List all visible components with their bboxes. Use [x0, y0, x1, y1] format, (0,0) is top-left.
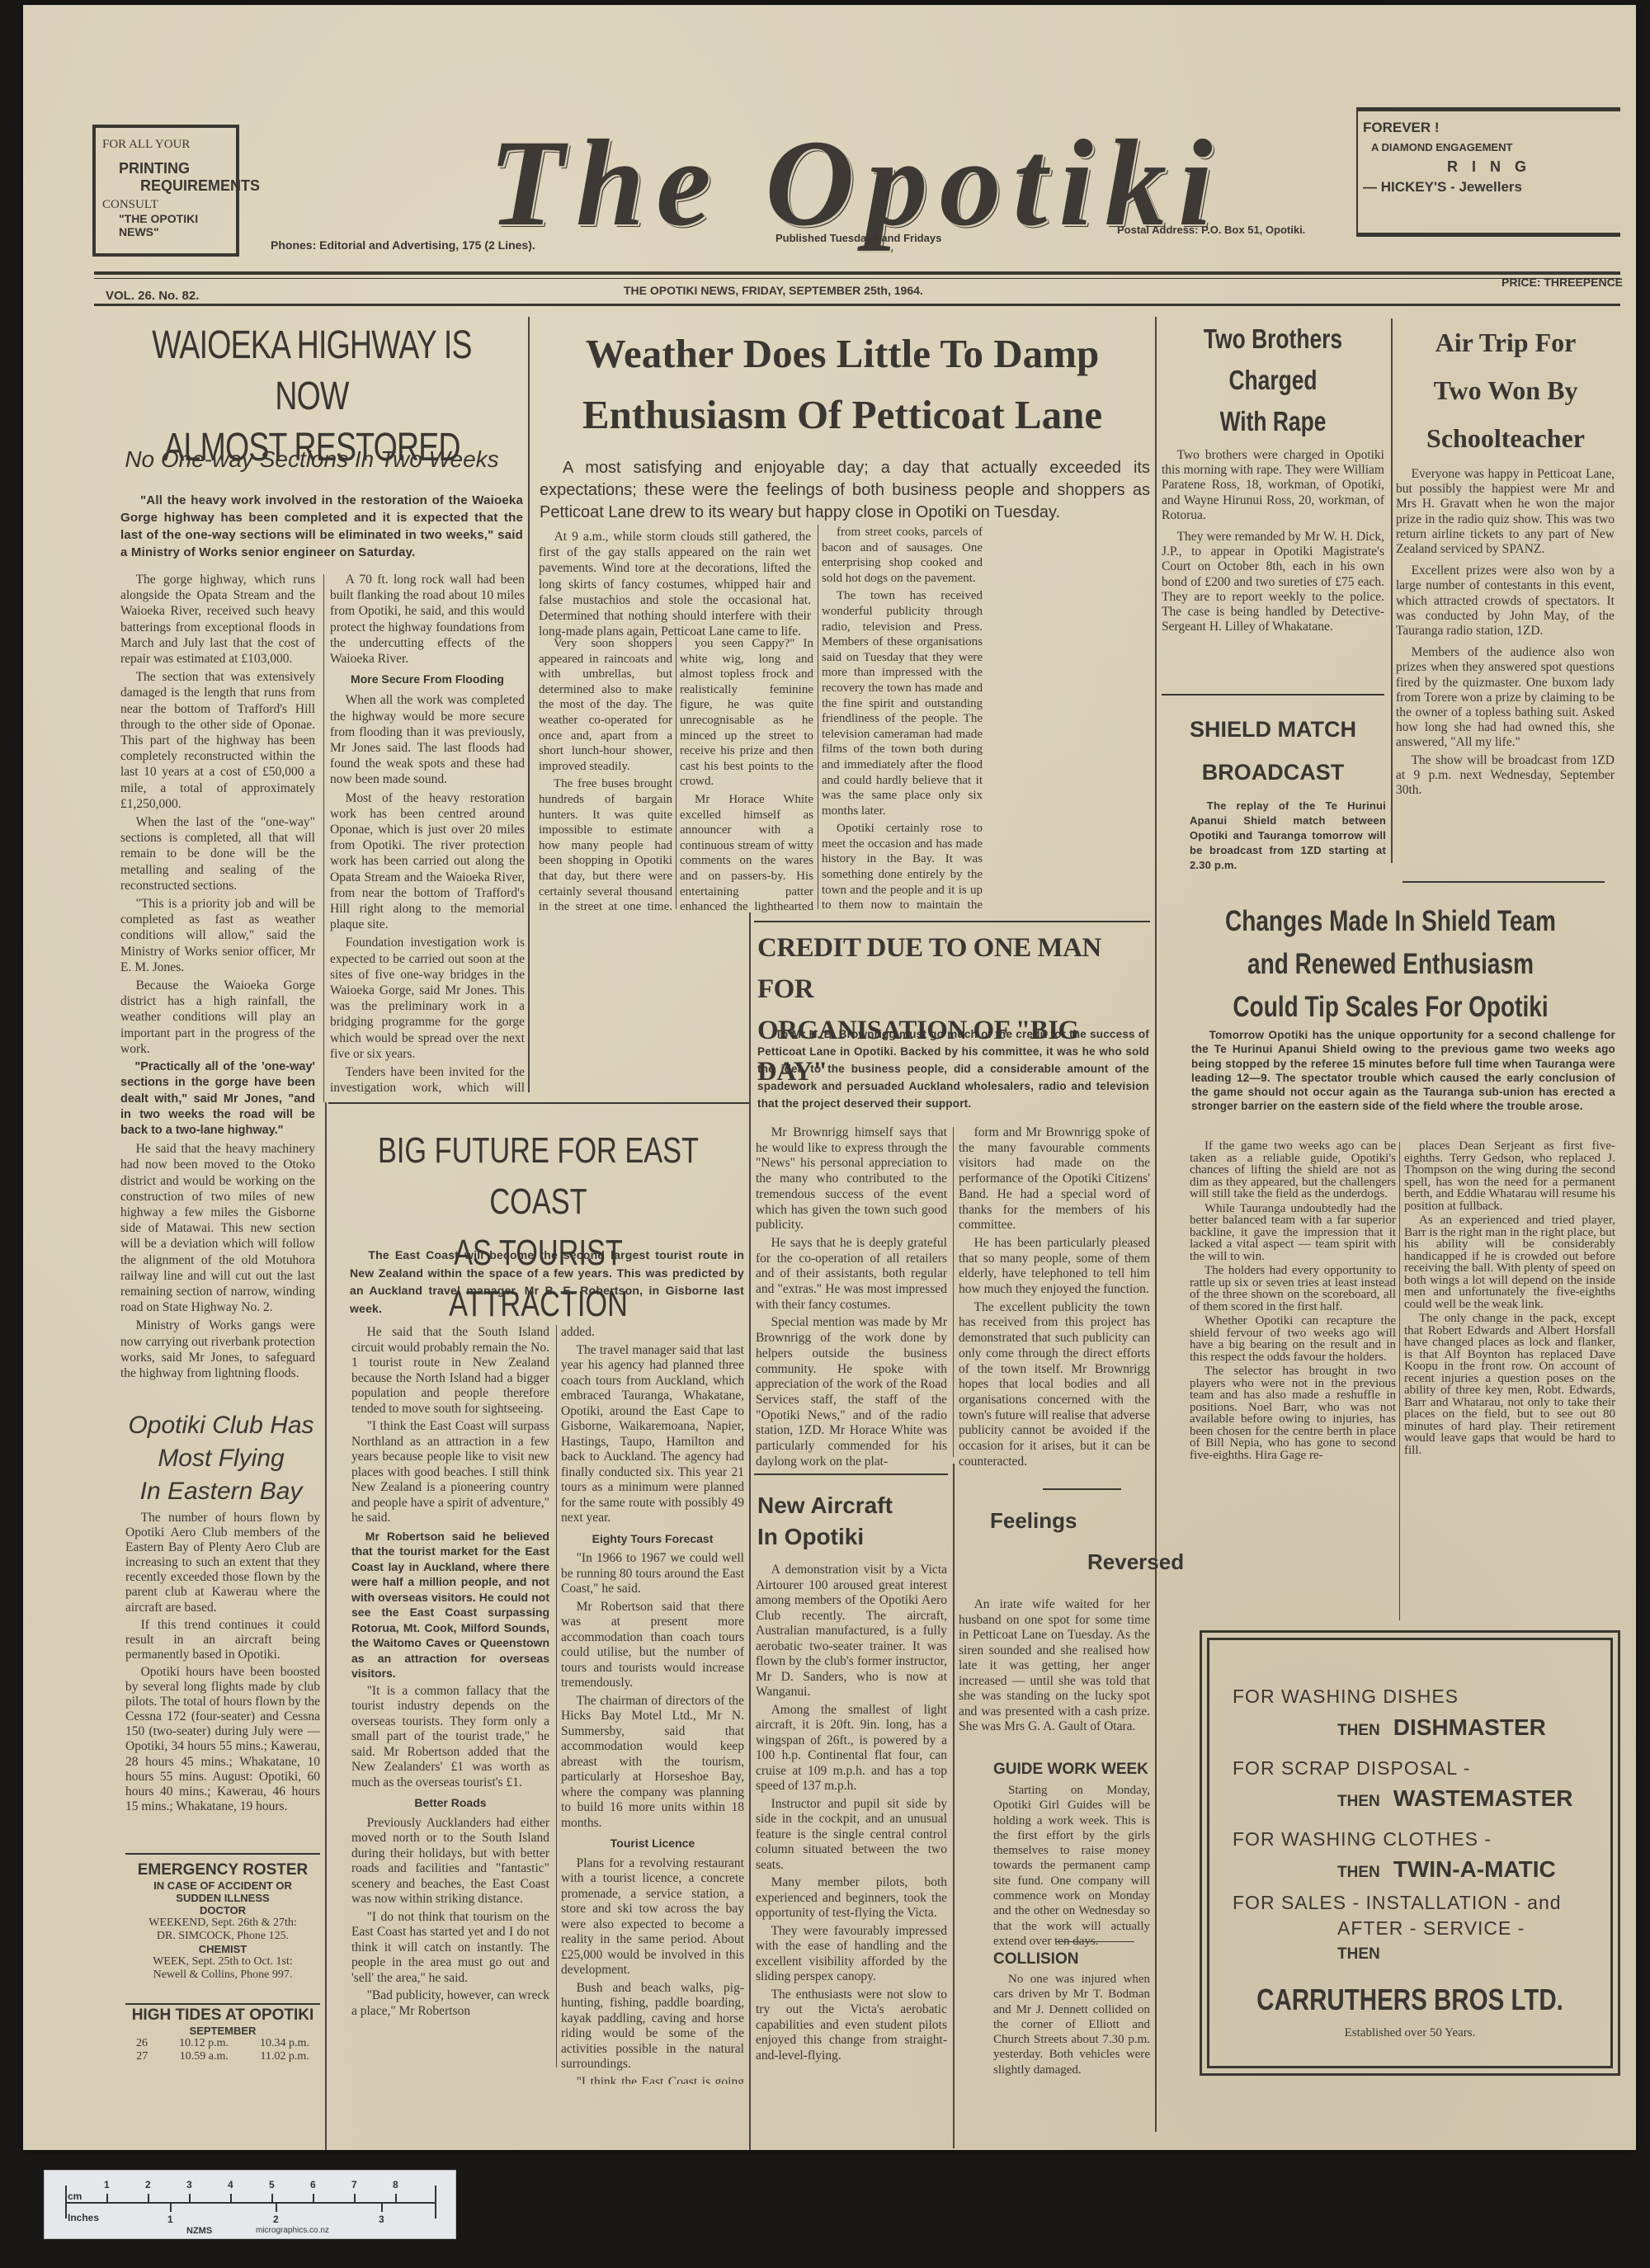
masthead-rule-top-thin	[94, 278, 1620, 279]
published-line: Published Tuesdays and Fridays	[775, 232, 941, 244]
waioeka-subhead: No One-way Sections In Two Weeks	[97, 446, 526, 473]
shield-team-lead: Tomorrow Opotiki has the unique opportun…	[1191, 1028, 1615, 1114]
waioeka-col1: The gorge highway, which runs alongside …	[120, 572, 315, 1397]
masthead-rule-bottom	[94, 304, 1620, 306]
credit-col1: Mr Brownrigg himself says that he would …	[756, 1125, 947, 1472]
ad-then-final: THEN	[1337, 1945, 1380, 1964]
waioeka-col2: A 70 ft. long rock wall had been built f…	[330, 572, 525, 1096]
ruler-baseline	[65, 2202, 435, 2204]
printing-ad-line2: PRINTING	[102, 160, 229, 177]
printing-ad-line5: "THE OPOTIKI NEWS"	[102, 212, 229, 238]
ruler-end-tick	[435, 2185, 436, 2218]
cm-tick	[189, 2194, 191, 2203]
inch-tick	[381, 2202, 383, 2212]
cm-tick	[354, 2194, 356, 2203]
tide-row: 27 10.59 a.m. 11.02 p.m.	[120, 2050, 325, 2063]
ad-line-after: AFTER - SERVICE -	[1337, 1917, 1525, 1940]
emergency-rule	[125, 1853, 320, 1855]
aircraft-body: A demonstration visit by a Victa Airtour…	[756, 1563, 947, 2107]
emergency-roster: EMERGENCY ROSTER IN CASE OF ACCIDENT OR …	[124, 1861, 322, 1982]
feelings-headline-2: Reversed	[1087, 1549, 1184, 1575]
cm-5: 5	[269, 2179, 275, 2190]
hickeys-ad-line4: — HICKEY'S - Jewellers	[1363, 179, 1615, 196]
volume-number: VOL. 26. No. 82.	[106, 289, 199, 303]
shield-broadcast-rule	[1162, 694, 1384, 695]
masthead-rule-top	[94, 271, 1620, 275]
cm-4: 4	[228, 2179, 233, 2190]
cm-7: 7	[351, 2179, 357, 2190]
inch-1: 1	[167, 2214, 173, 2225]
feelings-rule	[1043, 1488, 1121, 1490]
column-divider-left-lower	[325, 1102, 327, 2150]
petticoat-divider-1	[676, 637, 676, 909]
printing-ad-box: FOR ALL YOUR PRINTING REQUIREMENTS CONSU…	[92, 125, 239, 257]
cm-8: 8	[393, 2179, 398, 2190]
hickeys-ad-line3: R I N G	[1363, 158, 1615, 176]
ad-wastemaster: THEN WASTEMASTER	[1337, 1785, 1573, 1812]
column-divider-2	[1155, 317, 1157, 2132]
guide-headline: GUIDE WORK WEEK	[993, 1761, 1148, 1779]
aircraft-rule	[754, 1473, 948, 1475]
shield-broadcast-headline: SHIELD MATCH BROADCAST	[1162, 708, 1384, 794]
aero-club-headline: Opotiki Club Has Most Flying In Eastern …	[122, 1409, 320, 1508]
scale-ruler: cm Inches 1 2 3 4 5 6 7 8 1 2 3 NZMS mic…	[44, 2170, 456, 2239]
ruler-site: micrographics.co.nz	[256, 2226, 329, 2235]
carruthers-ad: FOR WASHING DISHES THEN DISHMASTER FOR S…	[1200, 1630, 1620, 2076]
ad-company: CARRUTHERS BROS LTD.	[1246, 1983, 1575, 2017]
brothers-body: Two brothers were charged in Opotiki thi…	[1162, 448, 1384, 637]
cm-tick	[148, 2194, 149, 2203]
feelings-headline-1: Feelings	[990, 1508, 1077, 1534]
cm-tick	[395, 2194, 397, 2203]
air-trip-body: Everyone was happy in Petticoat Lane, bu…	[1396, 467, 1615, 800]
aero-club-body: The number of hours flown by Opotiki Aer…	[125, 1511, 320, 1817]
inch-tick	[276, 2202, 277, 2212]
printing-ad-line3: REQUIREMENTS	[102, 177, 229, 195]
air-trip-headline: Air Trip For Two Won By Schoolteacher	[1394, 318, 1617, 462]
printing-ad-line1: FOR ALL YOUR	[102, 138, 229, 152]
petticoat-headline: Weather Does Little To Damp Enthusiasm O…	[533, 323, 1152, 446]
petticoat-lead: A most satisfying and enjoyable day; a d…	[540, 457, 1150, 524]
collision-rule	[1056, 1941, 1134, 1942]
credit-col2: form and Mr Brownrigg spoke of the many …	[959, 1125, 1150, 1472]
petticoat-intro: At 9 a.m., while storm clouds still gath…	[539, 529, 811, 642]
hickeys-ad-line2: A DIAMOND ENGAGEMENT	[1363, 141, 1615, 153]
credit-col-divider	[953, 1127, 954, 1457]
inch-3: 3	[379, 2214, 384, 2225]
ruler-cm-label: cm	[68, 2190, 82, 2202]
credit-rule	[754, 921, 1150, 922]
ad-line-sales: FOR SALES - INSTALLATION - and	[1233, 1892, 1562, 1914]
brothers-headline: Two Brothers Charged With Rape	[1162, 318, 1384, 442]
air-trip-rule	[1402, 881, 1605, 883]
petticoat-col1: Very soon shoppers appeared in raincoats…	[539, 636, 672, 912]
ad-dishmaster: THEN DISHMASTER	[1337, 1714, 1546, 1741]
shield-team-col2: places Dean Serjeant as first five-eight…	[1404, 1140, 1615, 1627]
tourist-col-divider	[556, 1325, 557, 2068]
cm-tick	[230, 2194, 232, 2203]
credit-lead: To Mr H. B. Brownrigg must go much of th…	[757, 1026, 1149, 1112]
ruler-start-tick	[65, 2185, 67, 2218]
cm-2: 2	[145, 2179, 151, 2190]
inch-tick	[170, 2202, 172, 2212]
guide-body: Starting on Monday, Opotiki Girl Guides …	[993, 1783, 1150, 1951]
column-divider-1	[528, 317, 530, 1092]
shield-broadcast-lead: The replay of the Te Hurinui Apanui Shie…	[1190, 799, 1386, 873]
hickeys-ad-line1: FOREVER !	[1363, 120, 1615, 136]
printing-ad-line4: CONSULT	[102, 198, 229, 212]
ruler-brand: NZMS	[186, 2226, 212, 2236]
ad-line-scrap: FOR SCRAP DISPOSAL -	[1233, 1757, 1470, 1780]
waioeka-col-divider	[323, 574, 324, 1102]
price: PRICE: THREEPENCE	[1501, 276, 1623, 289]
newspaper-page: FOR ALL YOUR PRINTING REQUIREMENTS CONSU…	[23, 5, 1636, 2150]
tourist-col2: added. The travel manager said that last…	[561, 1325, 744, 2084]
petticoat-divider-2	[818, 525, 818, 909]
shield-team-col-divider	[1399, 1142, 1400, 1620]
dateline: THE OPOTIKI NEWS, FRIDAY, SEPTEMBER 25th…	[624, 284, 923, 297]
tourist-col1: He said that the South Island circuit wo…	[351, 1325, 549, 2084]
cm-tick	[313, 2194, 314, 2203]
ad-line-dishes: FOR WASHING DISHES	[1233, 1686, 1459, 1708]
shield-team-headline: Changes Made In Shield Team and Renewed …	[1162, 900, 1619, 1029]
column-divider-3	[1391, 318, 1393, 863]
cm-1: 1	[104, 2179, 110, 2190]
waioeka-lead: "All the heavy work involved in the rest…	[120, 492, 523, 561]
petticoat-col2: you seen Cappy?" In white wig, long and …	[680, 636, 813, 912]
cm-tick	[271, 2194, 273, 2203]
tide-row: 26 10.12 p.m. 10.34 p.m.	[120, 2037, 325, 2050]
ad-twinamatic: THEN TWIN-A-MATIC	[1337, 1856, 1556, 1883]
high-tides: HIGH TIDES AT OPOTIKI SEPTEMBER 26 10.12…	[120, 2006, 325, 2063]
tourist-lead: The East Coast will become the second la…	[350, 1247, 744, 1318]
collision-headline: COLLISION	[993, 1950, 1078, 1969]
feelings-body: An irate wife waited for her husband on …	[959, 1597, 1150, 1738]
column-divider-4	[749, 912, 751, 2150]
ad-established: Established over 50 Years.	[1209, 2026, 1610, 2040]
inch-2: 2	[273, 2214, 279, 2225]
tides-rule	[125, 2003, 320, 2005]
hickeys-ad-box: FOREVER ! A DIAMOND ENGAGEMENT R I N G —…	[1356, 107, 1620, 237]
ruler-inch-label: Inches	[68, 2212, 99, 2223]
column-divider-5	[953, 1464, 955, 2148]
phones-line: Phones: Editorial and Advertising, 175 (…	[271, 238, 535, 252]
ad-line-clothes: FOR WASHING CLOTHES -	[1233, 1828, 1492, 1851]
tourist-rule	[328, 1102, 749, 1104]
postal-line: Postal Address: P.O. Box 51, Opotiki.	[1117, 224, 1305, 236]
aircraft-headline: New Aircraft In Opotiki	[757, 1490, 951, 1553]
cm-tick	[106, 2194, 108, 2203]
petticoat-col3: from street cooks, parcels of bacon and …	[822, 525, 983, 912]
shield-team-col1: If the game two weeks ago can be taken a…	[1190, 1140, 1396, 1627]
cm-3: 3	[186, 2179, 192, 2190]
collision-body: No one was injured when cars driven by M…	[993, 1972, 1150, 2080]
cm-6: 6	[310, 2179, 316, 2190]
